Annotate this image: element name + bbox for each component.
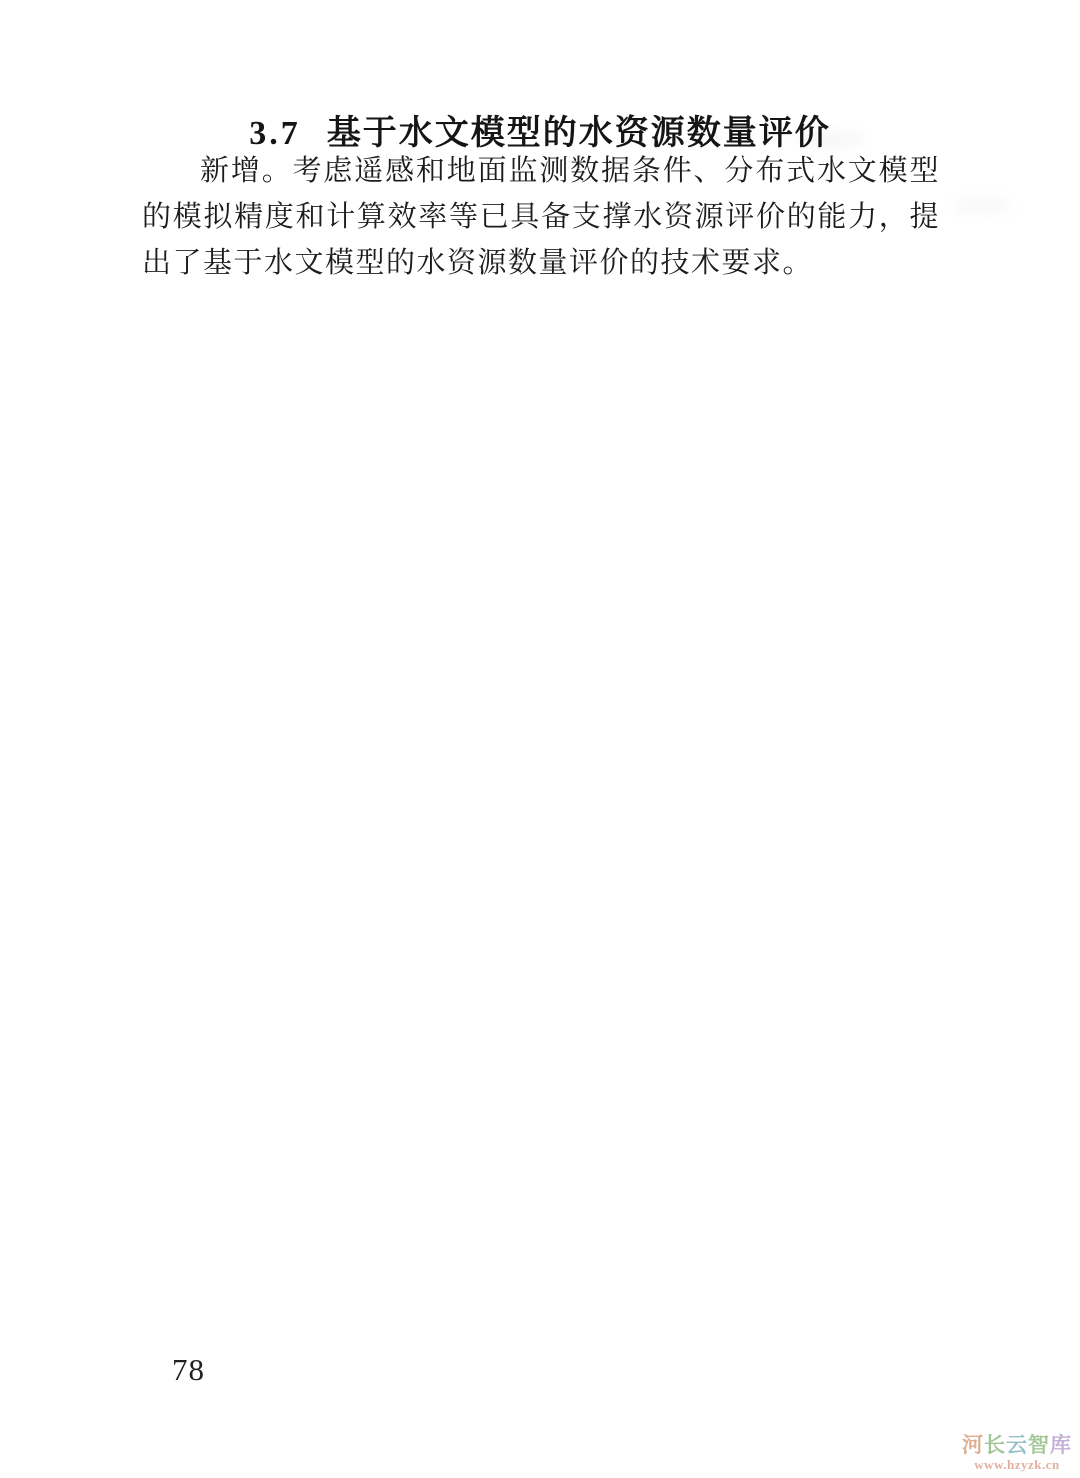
watermark: 河长云智库 www.hzyzk.cn <box>962 1434 1072 1472</box>
watermark-char: 云 <box>1006 1433 1028 1457</box>
section-title: 基于水文模型的水资源数量评价 <box>327 115 831 152</box>
scan-smudge <box>952 198 1012 214</box>
page-number: 78 <box>172 1352 205 1388</box>
watermark-url: www.hzyzk.cn <box>962 1458 1072 1472</box>
document-page: 3.7基于水文模型的水资源数量评价 新增。考虑遥感和地面监测数据条件、分布式水文… <box>0 0 1080 1478</box>
watermark-char: 河 <box>962 1433 984 1457</box>
watermark-char: 长 <box>984 1433 1006 1457</box>
watermark-char: 智 <box>1028 1433 1050 1457</box>
body-paragraph: 新增。考虑遥感和地面监测数据条件、分布式水文模型的模拟精度和计算效率等已具备支撑… <box>142 148 940 286</box>
watermark-char: 库 <box>1050 1433 1072 1457</box>
section-number: 3.7 <box>249 115 301 152</box>
watermark-title: 河长云智库 <box>962 1434 1072 1457</box>
section-heading: 3.7基于水文模型的水资源数量评价 <box>0 105 1080 154</box>
